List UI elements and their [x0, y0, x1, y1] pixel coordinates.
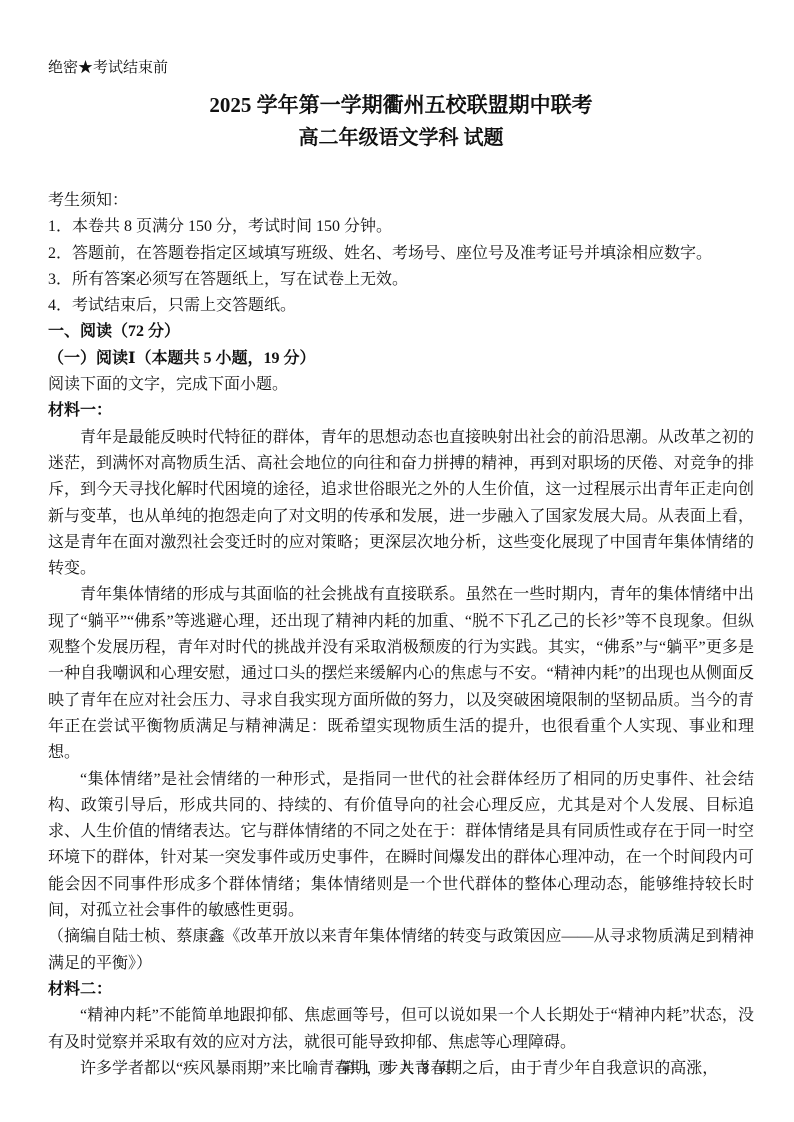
notice-item-1: 1．本卷共 8 页满分 150 分，考试时间 150 分钟。 — [48, 214, 754, 240]
notice-item-4: 4．考试结束后，只需上交答题纸。 — [48, 293, 754, 319]
material-1-paragraph-3: “集体情绪”是社会情绪的一种形式，是指同一世代的社会群体经历了相同的历史事件、社… — [48, 767, 754, 925]
page-number-footer: 第 1 页 共 8 页 — [0, 1057, 794, 1078]
material-1-paragraph-2: 青年集体情绪的形成与其面临的社会挑战有直接联系。虽然在一些时期内，青年的集体情绪… — [48, 582, 754, 766]
material-1-paragraph-1: 青年是最能反映时代特征的群体，青年的思想动态也直接映射出社会的前沿思潮。从改革之… — [48, 425, 754, 583]
notice-item-3: 3．所有答案必须写在答题纸上，写在试卷上无效。 — [48, 267, 754, 293]
material-2-label: 材料二： — [48, 977, 754, 1003]
reading-instruction: 阅读下面的文字，完成下面小题。 — [48, 372, 754, 398]
notice-heading: 考生须知： — [48, 188, 754, 214]
exam-body: 考生须知： 1．本卷共 8 页满分 150 分，考试时间 150 分钟。 2．答… — [48, 188, 754, 1082]
material-2-paragraph-1: “精神内耗”不能简单地跟抑郁、焦虑画等号，但可以说如果一个人长期处于“精神内耗”… — [48, 1003, 754, 1056]
exam-title: 2025 学年第一学期衢州五校联盟期中联考 — [48, 88, 754, 122]
security-marking: 绝密★考试结束前 — [48, 58, 754, 78]
material-1-source-attribution: （摘编自陆士桢、蔡康鑫《改革开放以来青年集体情绪的转变与政策因应——从寻求物质满… — [48, 924, 754, 977]
exam-paper-page: 绝密★考试结束前 2025 学年第一学期衢州五校联盟期中联考 高二年级语文学科 … — [0, 0, 794, 1122]
notice-item-2: 2．答题前，在答题卷指定区域填写班级、姓名、考场号、座位号及准考证号并填涂相应数… — [48, 241, 754, 267]
exam-subtitle: 高二年级语文学科 试题 — [48, 122, 754, 154]
material-1-label: 材料一： — [48, 398, 754, 424]
subsection-heading-reading1: （一）阅读Ⅰ（本题共 5 小题，19 分） — [48, 346, 754, 372]
section-heading-reading: 一、阅读（72 分） — [48, 319, 754, 345]
